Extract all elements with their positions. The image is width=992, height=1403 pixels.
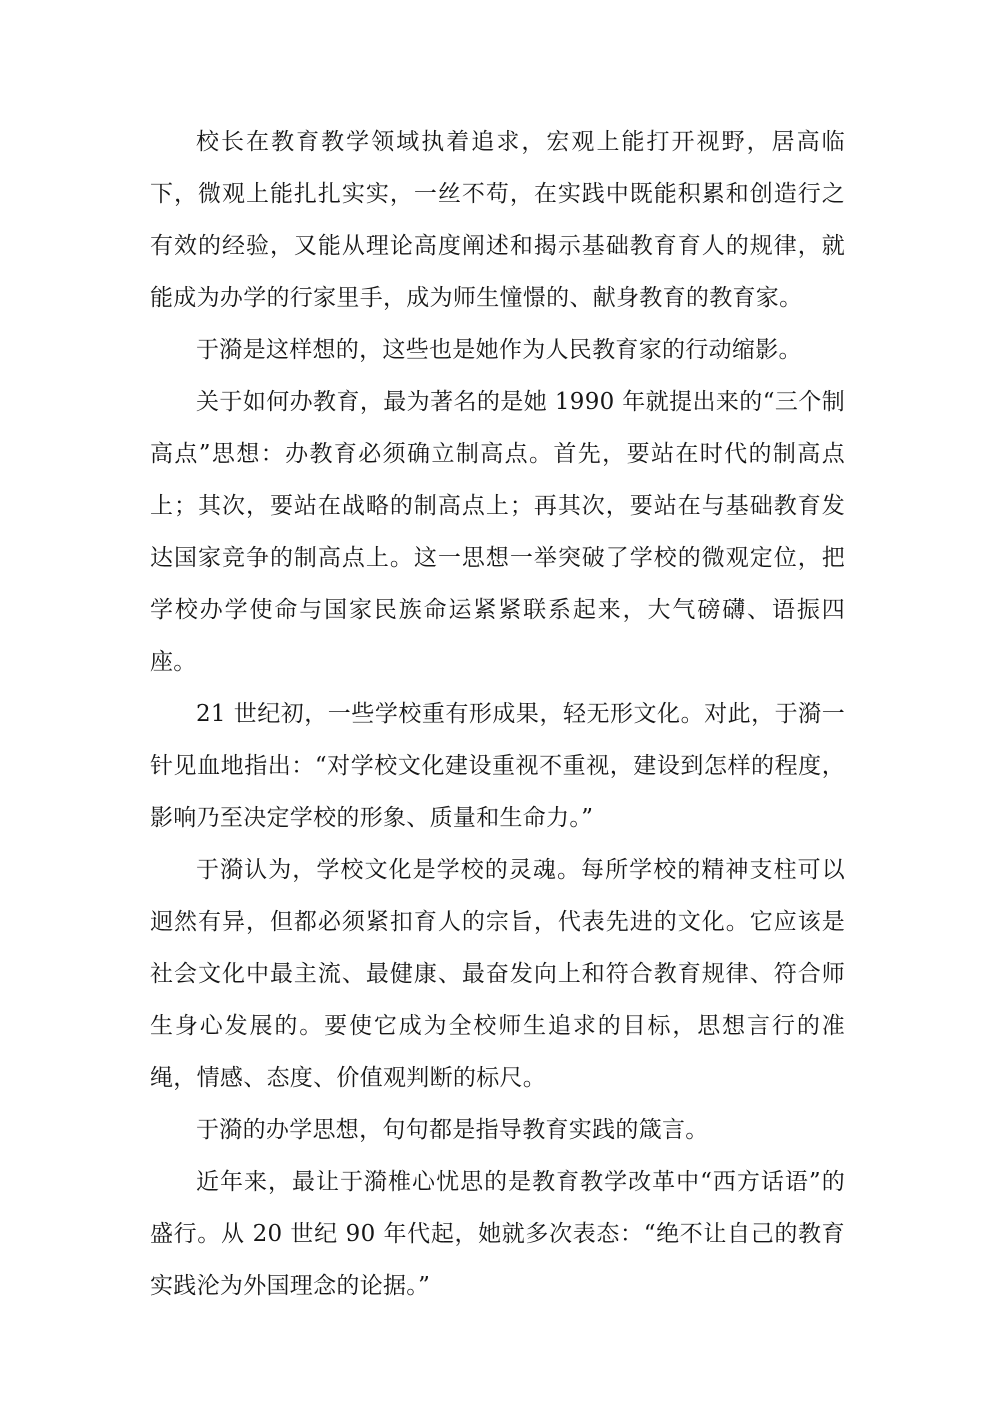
paragraph: 于漪认为，学校文化是学校的灵魂。每所学校的精神支柱可以迥然有异，但都必须紧扣育人… bbox=[150, 844, 845, 1104]
paragraph: 21 世纪初，一些学校重有形成果，轻无形文化。对此，于漪一针见血地指出：“对学校… bbox=[150, 688, 845, 844]
paragraph: 近年来，最让于漪椎心忧思的是教育教学改革中“西方话语”的盛行。从 20 世纪 9… bbox=[150, 1156, 845, 1312]
paragraph: 于漪的办学思想，句句都是指导教育实践的箴言。 bbox=[150, 1104, 845, 1156]
document-page: 校长在教育教学领域执着追求，宏观上能打开视野，居高临下，微观上能扎扎实实，一丝不… bbox=[0, 0, 992, 1403]
paragraph: 于漪是这样想的，这些也是她作为人民教育家的行动缩影。 bbox=[150, 324, 845, 376]
paragraph: 校长在教育教学领域执着追求，宏观上能打开视野，居高临下，微观上能扎扎实实，一丝不… bbox=[150, 116, 845, 324]
paragraph: 关于如何办教育，最为著名的是她 1990 年就提出来的“三个制高点”思想：办教育… bbox=[150, 376, 845, 688]
